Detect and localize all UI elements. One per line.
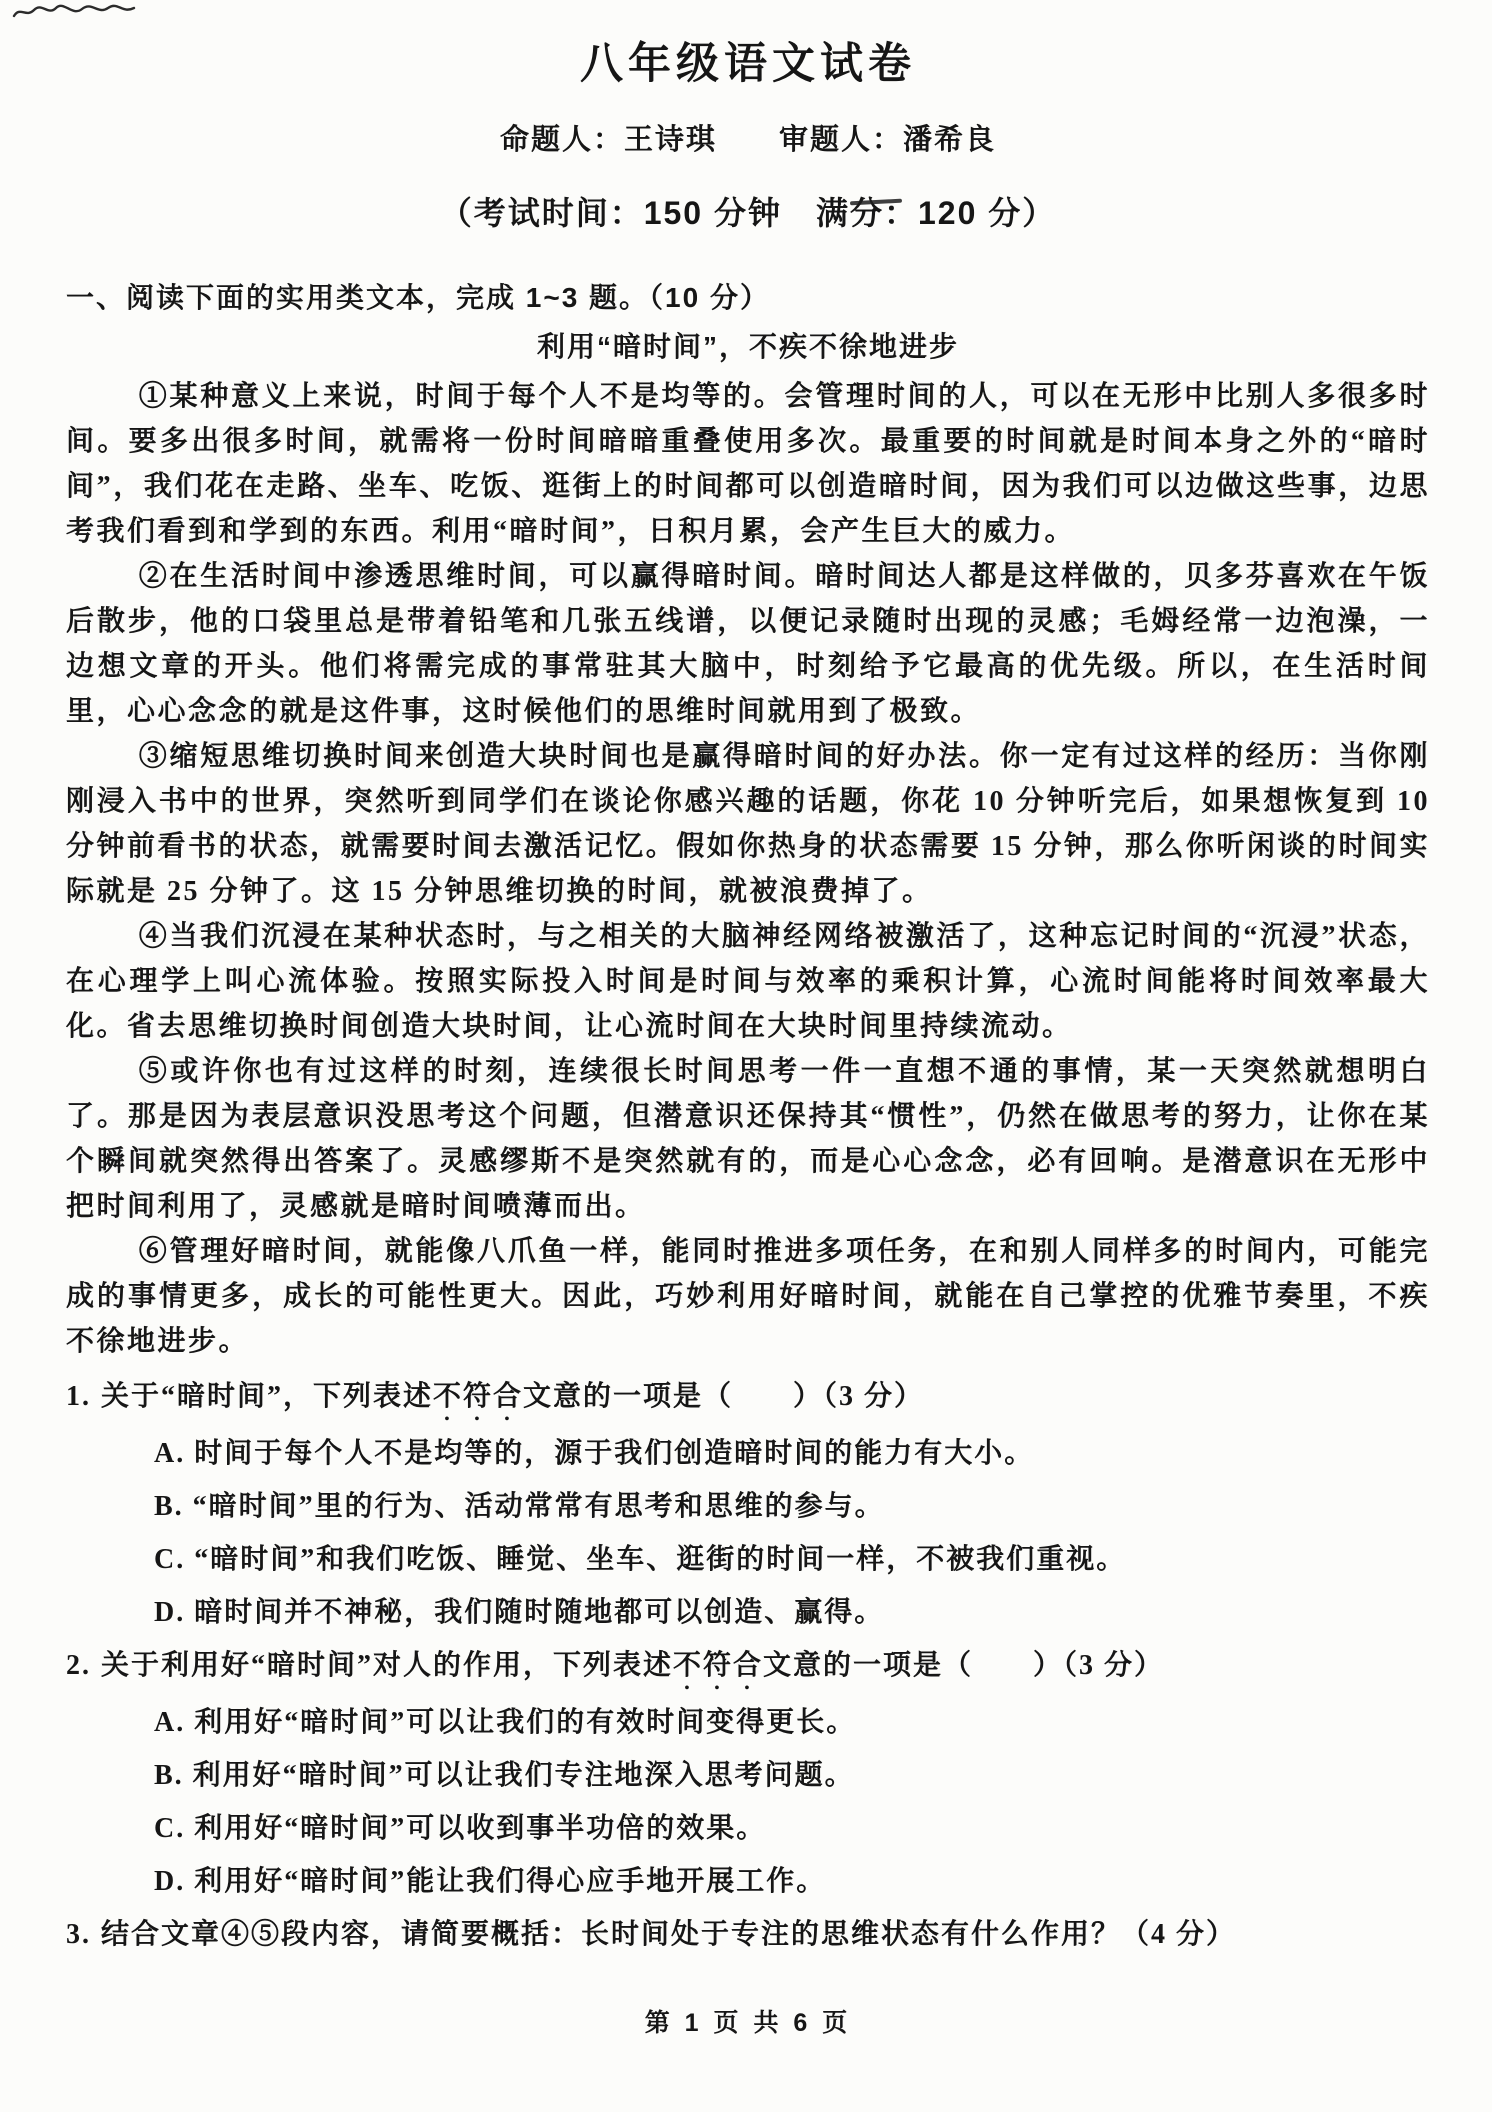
question-2-option-d: D. 利用好“暗时间”能让我们得心应手地开展工作。 bbox=[66, 1855, 1430, 1908]
passage-paragraph-6: ⑥管理好暗时间，就能像八爪鱼一样，能同时推进多项任务，在和别人同样多的时间内，可… bbox=[66, 1229, 1430, 1364]
question-3-text: 结合文章④⑤段内容，请简要概括：长时间处于专注的思维状态有什么作用？（4 分） bbox=[101, 1919, 1236, 1950]
question-1-option-c: C. “暗时间”和我们吃饭、睡觉、坐车、逛街的时间一样，不被我们重视。 bbox=[66, 1533, 1430, 1586]
exam-page: 八年级语文试卷 命题人：王诗琪 审题人：潘希良 （考试时间：150 分钟 满分：… bbox=[0, 0, 1492, 2112]
exam-info: （考试时间：150 分钟 满分：120 分） bbox=[66, 188, 1430, 234]
question-2-stem-before: 关于利用好“暗时间”对人的作用，下列表述 bbox=[101, 1650, 673, 1681]
passage-paragraph-2: ②在生活时间中渗透思维时间，可以赢得暗时间。暗时间达人都是这样做的，贝多芬喜欢在… bbox=[66, 554, 1430, 734]
question-2-option-c: C. 利用好“暗时间”可以收到事半功倍的效果。 bbox=[66, 1802, 1430, 1855]
question-2-stem: 2.关于利用好“暗时间”对人的作用，下列表述不符合文意的一项是（ ）（3 分） bbox=[66, 1639, 1430, 1696]
question-1-stem: 1.关于“暗时间”，下列表述不符合文意的一项是（ ）（3 分） bbox=[66, 1370, 1430, 1427]
passage-paragraph-3: ③缩短思维切换时间来创造大块时间也是赢得暗时间的好办法。你一定有过这样的经历：当… bbox=[66, 734, 1430, 914]
exam-body: 一、阅读下面的实用类文本，完成 1~3 题。（10 分） 利用“暗时间”，不疾不… bbox=[66, 276, 1430, 1961]
question-1-option-b: B. “暗时间”里的行为、活动常常有思考和思维的参与。 bbox=[66, 1480, 1430, 1533]
question-2-option-a: A. 利用好“暗时间”可以让我们的有效时间变得更长。 bbox=[66, 1696, 1430, 1749]
exam-header: 八年级语文试卷 命题人：王诗琪 审题人：潘希良 （考试时间：150 分钟 满分：… bbox=[66, 30, 1430, 234]
question-2-stem-after: 文意的一项是（ ）（3 分） bbox=[763, 1650, 1164, 1681]
question-1-stem-before: 关于“暗时间”，下列表述 bbox=[101, 1381, 433, 1412]
question-3: 3.结合文章④⑤段内容，请简要概括：长时间处于专注的思维状态有什么作用？（4 分… bbox=[66, 1908, 1430, 1961]
question-1-option-a: A. 时间于每个人不是均等的，源于我们创造暗时间的能力有大小。 bbox=[66, 1427, 1430, 1480]
passage-paragraph-5: ⑤或许你也有过这样的时刻，连续很长时间思考一件一直想不通的事情，某一天突然就想明… bbox=[66, 1049, 1430, 1229]
question-2-option-b: B. 利用好“暗时间”可以让我们专注地深入思考问题。 bbox=[66, 1749, 1430, 1802]
passage-title: 利用“暗时间”，不疾不徐地进步 bbox=[66, 324, 1430, 370]
question-2-stem-emphasis: 不符合 bbox=[673, 1650, 763, 1681]
question-2-number: 2. bbox=[66, 1650, 91, 1681]
handwritten-scribble bbox=[10, 2, 140, 24]
reading-passage: ①某种意义上来说，时间于每个人不是均等的。会管理时间的人，可以在无形中比别人多很… bbox=[66, 374, 1430, 1364]
exam-setters: 命题人：王诗琪 审题人：潘希良 bbox=[66, 117, 1430, 158]
passage-paragraph-1: ①某种意义上来说，时间于每个人不是均等的。会管理时间的人，可以在无形中比别人多很… bbox=[66, 374, 1430, 554]
question-1-stem-after: 文意的一项是（ ）（3 分） bbox=[523, 1381, 924, 1412]
question-1-number: 1. bbox=[66, 1381, 91, 1412]
exam-title: 八年级语文试卷 bbox=[66, 30, 1430, 91]
question-3-number: 3. bbox=[66, 1919, 91, 1950]
passage-paragraph-4: ④当我们沉浸在某种状态时，与之相关的大脑神经网络被激活了，这种忘记时间的“沉浸”… bbox=[66, 914, 1430, 1049]
question-1-option-d: D. 暗时间并不神秘，我们随时随地都可以创造、赢得。 bbox=[66, 1586, 1430, 1639]
questions: 1.关于“暗时间”，下列表述不符合文意的一项是（ ）（3 分） A. 时间于每个… bbox=[66, 1370, 1430, 1961]
page-number: 第 1 页 共 6 页 bbox=[66, 2003, 1430, 2039]
section-heading: 一、阅读下面的实用类文本，完成 1~3 题。（10 分） bbox=[66, 276, 1430, 316]
question-1-stem-emphasis: 不符合 bbox=[433, 1381, 523, 1412]
